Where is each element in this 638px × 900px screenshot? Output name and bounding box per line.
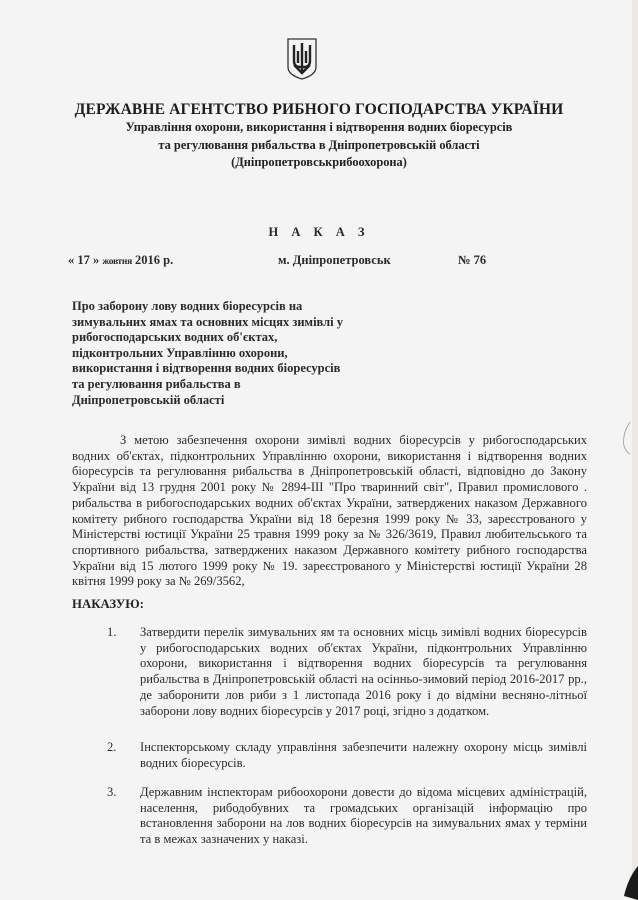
subject-line: зимувальних ямах та основних місцях зимі… bbox=[72, 315, 372, 331]
subject-line: підконтрольних Управлінню охорони, bbox=[72, 346, 372, 362]
agency-name: ДЕРЖАВНЕ АГЕНТСТВО РИБНОГО ГОСПОДАРСТВА … bbox=[0, 101, 638, 119]
item-text: Інспекторському складу управління забезп… bbox=[140, 740, 587, 771]
scan-mark bbox=[620, 860, 638, 900]
item-text: Державним інспекторам рибоохорони довест… bbox=[140, 785, 587, 848]
subject-line: Дніпропетровській області bbox=[72, 393, 372, 409]
date-day: « 17 » bbox=[68, 253, 99, 267]
subject-line: рибогосподарських водних об'єктах, bbox=[72, 330, 372, 346]
item-number: 1. bbox=[107, 625, 116, 641]
date-year: 2016 р. bbox=[135, 253, 173, 267]
document-page: ДЕРЖАВНЕ АГЕНТСТВО РИБНОГО ГОСПОДАРСТВА … bbox=[0, 0, 638, 900]
document-type-title: Н А К А З bbox=[0, 225, 638, 240]
order-item: 3. Державним інспекторам рибоохорони дов… bbox=[107, 785, 587, 848]
subject-line: та регулювання рибальства в bbox=[72, 377, 372, 393]
department-line: Управління охорони, використання і відтв… bbox=[0, 119, 638, 137]
item-text: Затвердити перелік зимувальних ям та осн… bbox=[140, 625, 587, 719]
preamble-paragraph: З метою забезпечення охорони зимівлі вод… bbox=[72, 433, 587, 590]
order-item: 2. Інспекторському складу управління заб… bbox=[107, 740, 587, 771]
directive-heading: НАКАЗУЮ: bbox=[72, 597, 144, 612]
item-number: 3. bbox=[107, 785, 116, 801]
order-city: м. Дніпропетровськ bbox=[278, 253, 391, 268]
order-number: № 76 bbox=[458, 253, 486, 268]
department-short-name: (Дніпропетровськрибоохорона) bbox=[0, 154, 638, 172]
ukraine-trident-icon bbox=[286, 37, 318, 81]
scan-mark bbox=[620, 420, 632, 460]
department-line: та регулювання рибальства в Дніпропетров… bbox=[0, 137, 638, 155]
date-month: жовтня bbox=[102, 257, 132, 267]
subject-line: Про заборону лову водних біоресурсів на bbox=[72, 299, 372, 315]
order-item: 1. Затвердити перелік зимувальних ям та … bbox=[107, 625, 587, 719]
department-name: Управління охорони, використання і відтв… bbox=[0, 119, 638, 172]
item-number: 2. bbox=[107, 740, 116, 756]
subject-line: використання і відтворення водних біорес… bbox=[72, 361, 372, 377]
order-date: « 17 » жовтня 2016 р. bbox=[68, 253, 173, 268]
order-subject: Про заборону лову водних біоресурсів на … bbox=[72, 299, 372, 408]
